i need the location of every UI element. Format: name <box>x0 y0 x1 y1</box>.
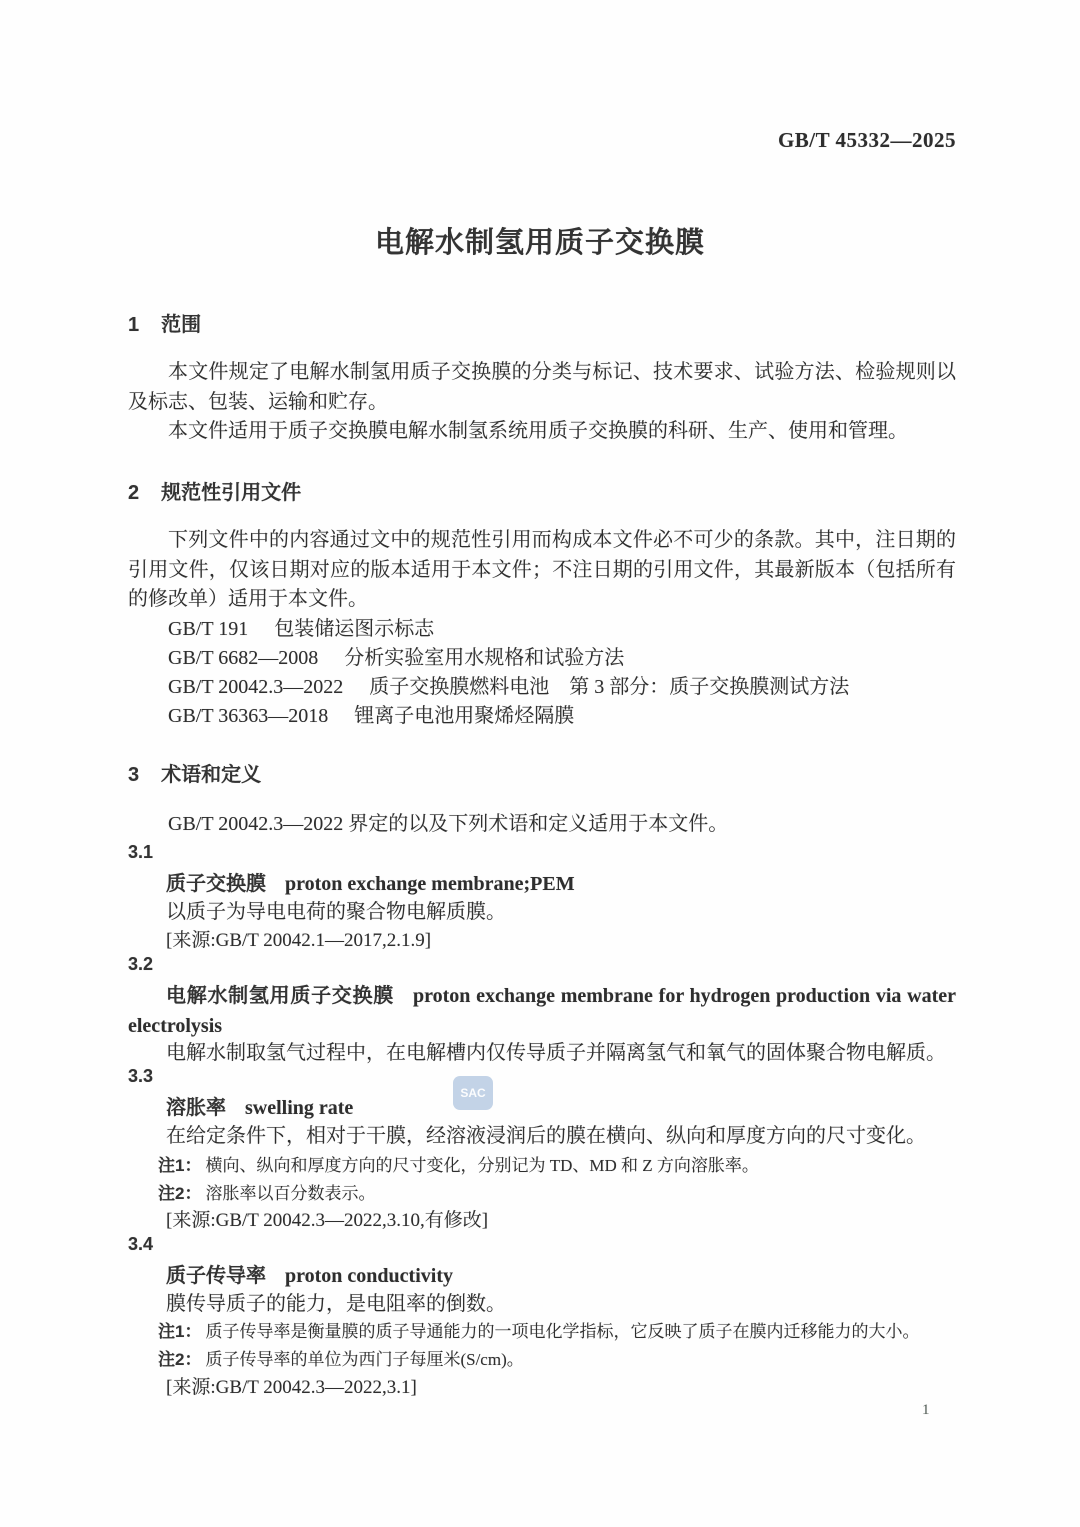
term-definition-3-1: 以质子为导电电荷的聚合物电解质膜。 <box>128 898 956 928</box>
section-number: 2 <box>128 482 139 504</box>
page-number: 1 <box>922 1402 930 1419</box>
section-title: 范围 <box>161 314 201 336</box>
reference-code: GB/T 191 <box>168 618 248 640</box>
reference-title: 分析实验室用水规格和试验方法 <box>344 647 624 669</box>
note-text: 质子传导率是衡量膜的质子导通能力的一项电化学指标，它反映了质子在膜内迁移能力的大… <box>205 1322 919 1341</box>
term-note-2-3-3: 注2：溶胀率以百分数表示。 <box>128 1180 986 1208</box>
term-entry-3-2: 电解水制氢用质子交换膜proton exchange membrane for … <box>128 982 956 1041</box>
page-title: 电解水制氢用质子交换膜 <box>0 220 1080 261</box>
sac-watermark-badge: SAC <box>453 1076 493 1110</box>
reference-code: GB/T 6682—2008 <box>168 647 318 669</box>
note-text: 质子传导率的单位为西门子每厘米(S/cm)。 <box>205 1350 523 1369</box>
term-chinese: 质子交换膜 <box>166 873 266 895</box>
reference-list: GB/T 191包装储运图示标志 GB/T 6682—2008分析实验室用水规格… <box>128 615 956 731</box>
term-definition-3-2: 电解水制取氢气过程中，在电解槽内仅传导质子并隔离氢气和氧气的固体聚合物电解质。 <box>128 1039 956 1069</box>
term-note-1-3-3: 注1：横向、纵向和厚度方向的尺寸变化，分别记为 TD、MD 和 Z 方向溶胀率。 <box>128 1152 986 1180</box>
note-label: 注2： <box>158 1350 201 1369</box>
term-note-1-3-4: 注1：质子传导率是衡量膜的质子导通能力的一项电化学指标，它反映了质子在膜内迁移能… <box>128 1318 986 1346</box>
reference-item: GB/T 191包装储运图示标志 <box>128 615 956 644</box>
references-intro: 下列文件中的内容通过文中的规范性引用而构成本文件必不可少的条款。其中，注日期的引… <box>128 526 956 615</box>
section-heading-normative-references: 2规范性引用文件 <box>128 476 956 505</box>
clause-number-3-4: 3.4 <box>128 1234 956 1255</box>
section-title: 规范性引用文件 <box>161 482 301 504</box>
section-number: 3 <box>128 764 139 786</box>
term-source-3-4: [来源:GB/T 20042.3—2022,3.1] <box>128 1373 994 1402</box>
section-title: 术语和定义 <box>161 764 261 786</box>
term-definition-3-3: 在给定条件下，相对于干膜，经溶液浸润后的膜在横向、纵向和厚度方向的尺寸变化。 <box>128 1122 956 1152</box>
term-english: proton exchange membrane;PEM <box>285 873 575 895</box>
scope-paragraph-1: 本文件规定了电解水制氢用质子交换膜的分类与标记、技术要求、试验方法、检验规则以及… <box>128 358 956 417</box>
term-definition-3-4: 膜传导质子的能力，是电阻率的倒数。 <box>128 1290 956 1320</box>
reference-item: GB/T 6682—2008分析实验室用水规格和试验方法 <box>128 644 956 673</box>
term-source-3-1: [来源:GB/T 20042.1—2017,2.1.9] <box>128 926 994 955</box>
note-text: 溶胀率以百分数表示。 <box>205 1184 375 1203</box>
clause-number-3-3: 3.3 <box>128 1066 956 1087</box>
reference-code: GB/T 36363—2018 <box>168 705 328 727</box>
section-number: 1 <box>128 314 139 336</box>
term-chinese: 电解水制氢用质子交换膜 <box>166 985 394 1007</box>
scope-paragraph-2: 本文件适用于质子交换膜电解水制氢系统用质子交换膜的科研、生产、使用和管理。 <box>128 417 956 447</box>
term-chinese: 质子传导率 <box>166 1265 266 1287</box>
section-heading-scope: 1范围 <box>128 308 956 337</box>
reference-title: 质子交换膜燃料电池 第 3 部分：质子交换膜测试方法 <box>369 676 849 698</box>
term-note-2-3-4: 注2：质子传导率的单位为西门子每厘米(S/cm)。 <box>128 1346 986 1374</box>
reference-title: 包装储运图示标志 <box>274 618 434 640</box>
term-chinese: 溶胀率 <box>166 1097 226 1119</box>
term-entry-3-1: 质子交换膜proton exchange membrane;PEM <box>128 870 956 900</box>
note-label: 注1： <box>158 1322 201 1341</box>
term-english: swelling rate <box>245 1097 353 1119</box>
standard-document-page: GB/T 45332—2025 电解水制氢用质子交换膜 1范围 本文件规定了电解… <box>0 0 1080 1527</box>
clause-number-3-2: 3.2 <box>128 954 956 975</box>
term-english: proton conductivity <box>285 1265 453 1287</box>
doc-number-header: GB/T 45332—2025 <box>128 128 956 153</box>
term-source-3-3: [来源:GB/T 20042.3—2022,3.10,有修改] <box>128 1206 994 1235</box>
reference-item: GB/T 20042.3—2022质子交换膜燃料电池 第 3 部分：质子交换膜测… <box>128 673 956 702</box>
reference-item: GB/T 36363—2018锂离子电池用聚烯烃隔膜 <box>128 702 956 731</box>
note-label: 注2： <box>158 1184 201 1203</box>
terms-intro: GB/T 20042.3—2022 界定的以及下列术语和定义适用于本文件。 <box>128 810 956 840</box>
section-heading-terms: 3术语和定义 <box>128 758 956 787</box>
reference-title: 锂离子电池用聚烯烃隔膜 <box>354 705 574 727</box>
reference-code: GB/T 20042.3—2022 <box>168 676 343 698</box>
term-entry-3-3: 溶胀率swelling rate <box>128 1094 956 1124</box>
term-entry-3-4: 质子传导率proton conductivity <box>128 1262 956 1292</box>
note-label: 注1： <box>158 1156 201 1175</box>
clause-number-3-1: 3.1 <box>128 842 956 863</box>
note-text: 横向、纵向和厚度方向的尺寸变化，分别记为 TD、MD 和 Z 方向溶胀率。 <box>205 1156 758 1175</box>
